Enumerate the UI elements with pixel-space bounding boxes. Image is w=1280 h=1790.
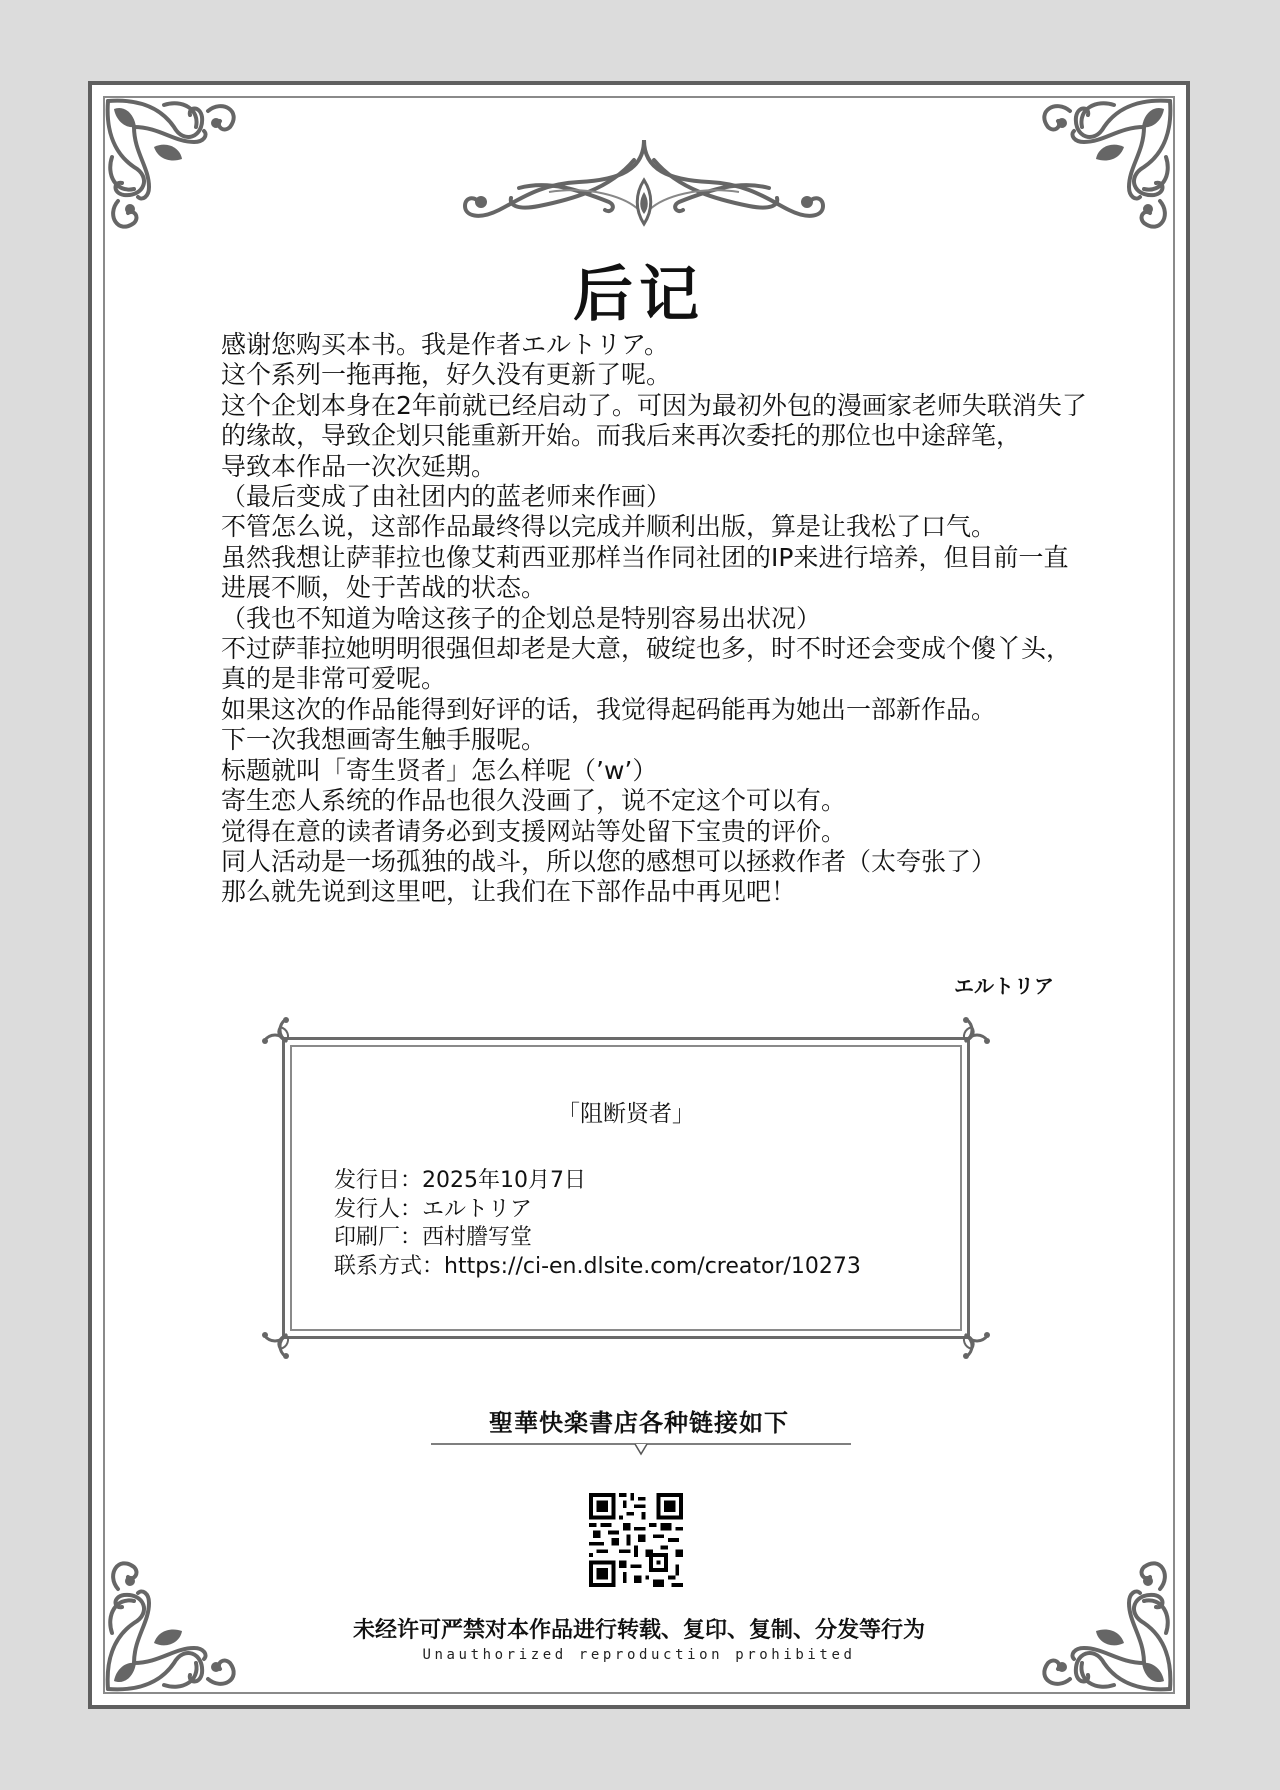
page-title: 后记 — [92, 265, 1186, 325]
afterword-line: 真的是非常可爱呢。 — [221, 664, 1101, 694]
afterword-body: 感谢您购买本书。我是作者エルトリア。 这个系列一拖再拖，好久没有更新了呢。 这个… — [221, 330, 1101, 908]
row-label: 发行日： — [334, 1168, 422, 1193]
corner-ornament-icon — [104, 97, 244, 237]
flourish-icon — [260, 1321, 300, 1361]
contact-url[interactable]: https://ci-en.dlsite.com/creator/10273 — [444, 1254, 861, 1279]
row-value: 西村謄写堂 — [422, 1225, 532, 1250]
links-heading: 聖華快楽書店各种链接如下 — [92, 1403, 1186, 1438]
publisher-row: 发行人：エルトリア — [334, 1196, 861, 1225]
afterword-line: （最后变成了由社团内的蓝老师来作画） — [221, 482, 1101, 512]
afterword-line: 进展不顺，处于苦战的状态。 — [221, 573, 1101, 603]
afterword-line: 虽然我想让萨菲拉也像艾莉西亚那样当作同社团的IP来进行培养，但目前一直 — [221, 543, 1101, 573]
copyright-notice-english: Unauthorized reproduction prohibited — [92, 1647, 1186, 1663]
row-label: 联系方式： — [334, 1254, 444, 1279]
afterword-line: 感谢您购买本书。我是作者エルトリア。 — [221, 330, 1101, 360]
author-signature: エルトリア — [954, 970, 1054, 999]
afterword-line: （我也不知道为啥这孩子的企划总是特别容易出状况） — [221, 604, 1101, 634]
afterword-line: 导致本作品一次次延期。 — [221, 452, 1101, 482]
row-label: 发行人： — [334, 1197, 422, 1222]
afterword-page: 后记 感谢您购买本书。我是作者エルトリア。 这个系列一拖再拖，好久没有更新了呢。… — [88, 81, 1190, 1709]
flourish-icon — [952, 1321, 992, 1361]
afterword-line: 那么就先说到这里吧，让我们在下部作品中再见吧！ — [221, 877, 1101, 907]
colophon-details: 发行日：2025年10月7日 发行人：エルトリア 印刷厂：西村謄写堂 联系方式：… — [334, 1167, 861, 1281]
row-value: エルトリア — [422, 1197, 532, 1222]
flourish-icon — [952, 1015, 992, 1055]
afterword-line: 这个系列一拖再拖，好久没有更新了呢。 — [221, 360, 1101, 390]
afterword-line: 觉得在意的读者请务必到支援网站等处留下宝贵的评价。 — [221, 817, 1101, 847]
copyright-notice: 未经许可严禁对本作品进行转载、复印、复制、分发等行为 — [92, 1613, 1186, 1644]
afterword-line: 标题就叫「寄生贤者」怎么样呢（’w’） — [221, 756, 1101, 786]
publish-date-row: 发行日：2025年10月7日 — [334, 1167, 861, 1196]
afterword-line: 不过萨菲拉她明明很强但却老是大意，破绽也多，时不时还会变成个傻丫头， — [221, 634, 1101, 664]
divider-pointer-icon — [431, 1442, 851, 1458]
afterword-line: 寄生恋人系统的作品也很久没画了，说不定这个可以有。 — [221, 786, 1101, 816]
title-flourish-icon — [459, 140, 829, 240]
afterword-line: 的缘故，导致企划只能重新开始。而我后来再次委托的那位也中途辞笔， — [221, 421, 1101, 451]
qr-code-icon[interactable] — [589, 1490, 683, 1590]
contact-row: 联系方式：https://ci-en.dlsite.com/creator/10… — [334, 1253, 861, 1282]
row-value: 2025年10月7日 — [422, 1168, 586, 1193]
flourish-icon — [260, 1015, 300, 1055]
afterword-line: 下一次我想画寄生触手服呢。 — [221, 725, 1101, 755]
afterword-line: 不管怎么说，这部作品最终得以完成并顺利出版，算是让我松了口气。 — [221, 512, 1101, 542]
afterword-line: 同人活动是一场孤独的战斗，所以您的感想可以拯救作者（太夸张了） — [221, 847, 1101, 877]
corner-ornament-icon — [1034, 97, 1174, 237]
row-label: 印刷厂： — [334, 1225, 422, 1250]
book-title: 「阻断贤者」 — [282, 1095, 970, 1128]
printer-row: 印刷厂：西村謄写堂 — [334, 1224, 861, 1253]
afterword-line: 如果这次的作品能得到好评的话，我觉得起码能再为她出一部新作品。 — [221, 695, 1101, 725]
afterword-line: 这个企划本身在2年前就已经启动了。可因为最初外包的漫画家老师失联消失了 — [221, 391, 1101, 421]
colophon-box: 「阻断贤者」 发行日：2025年10月7日 发行人：エルトリア 印刷厂：西村謄写… — [282, 1037, 970, 1339]
